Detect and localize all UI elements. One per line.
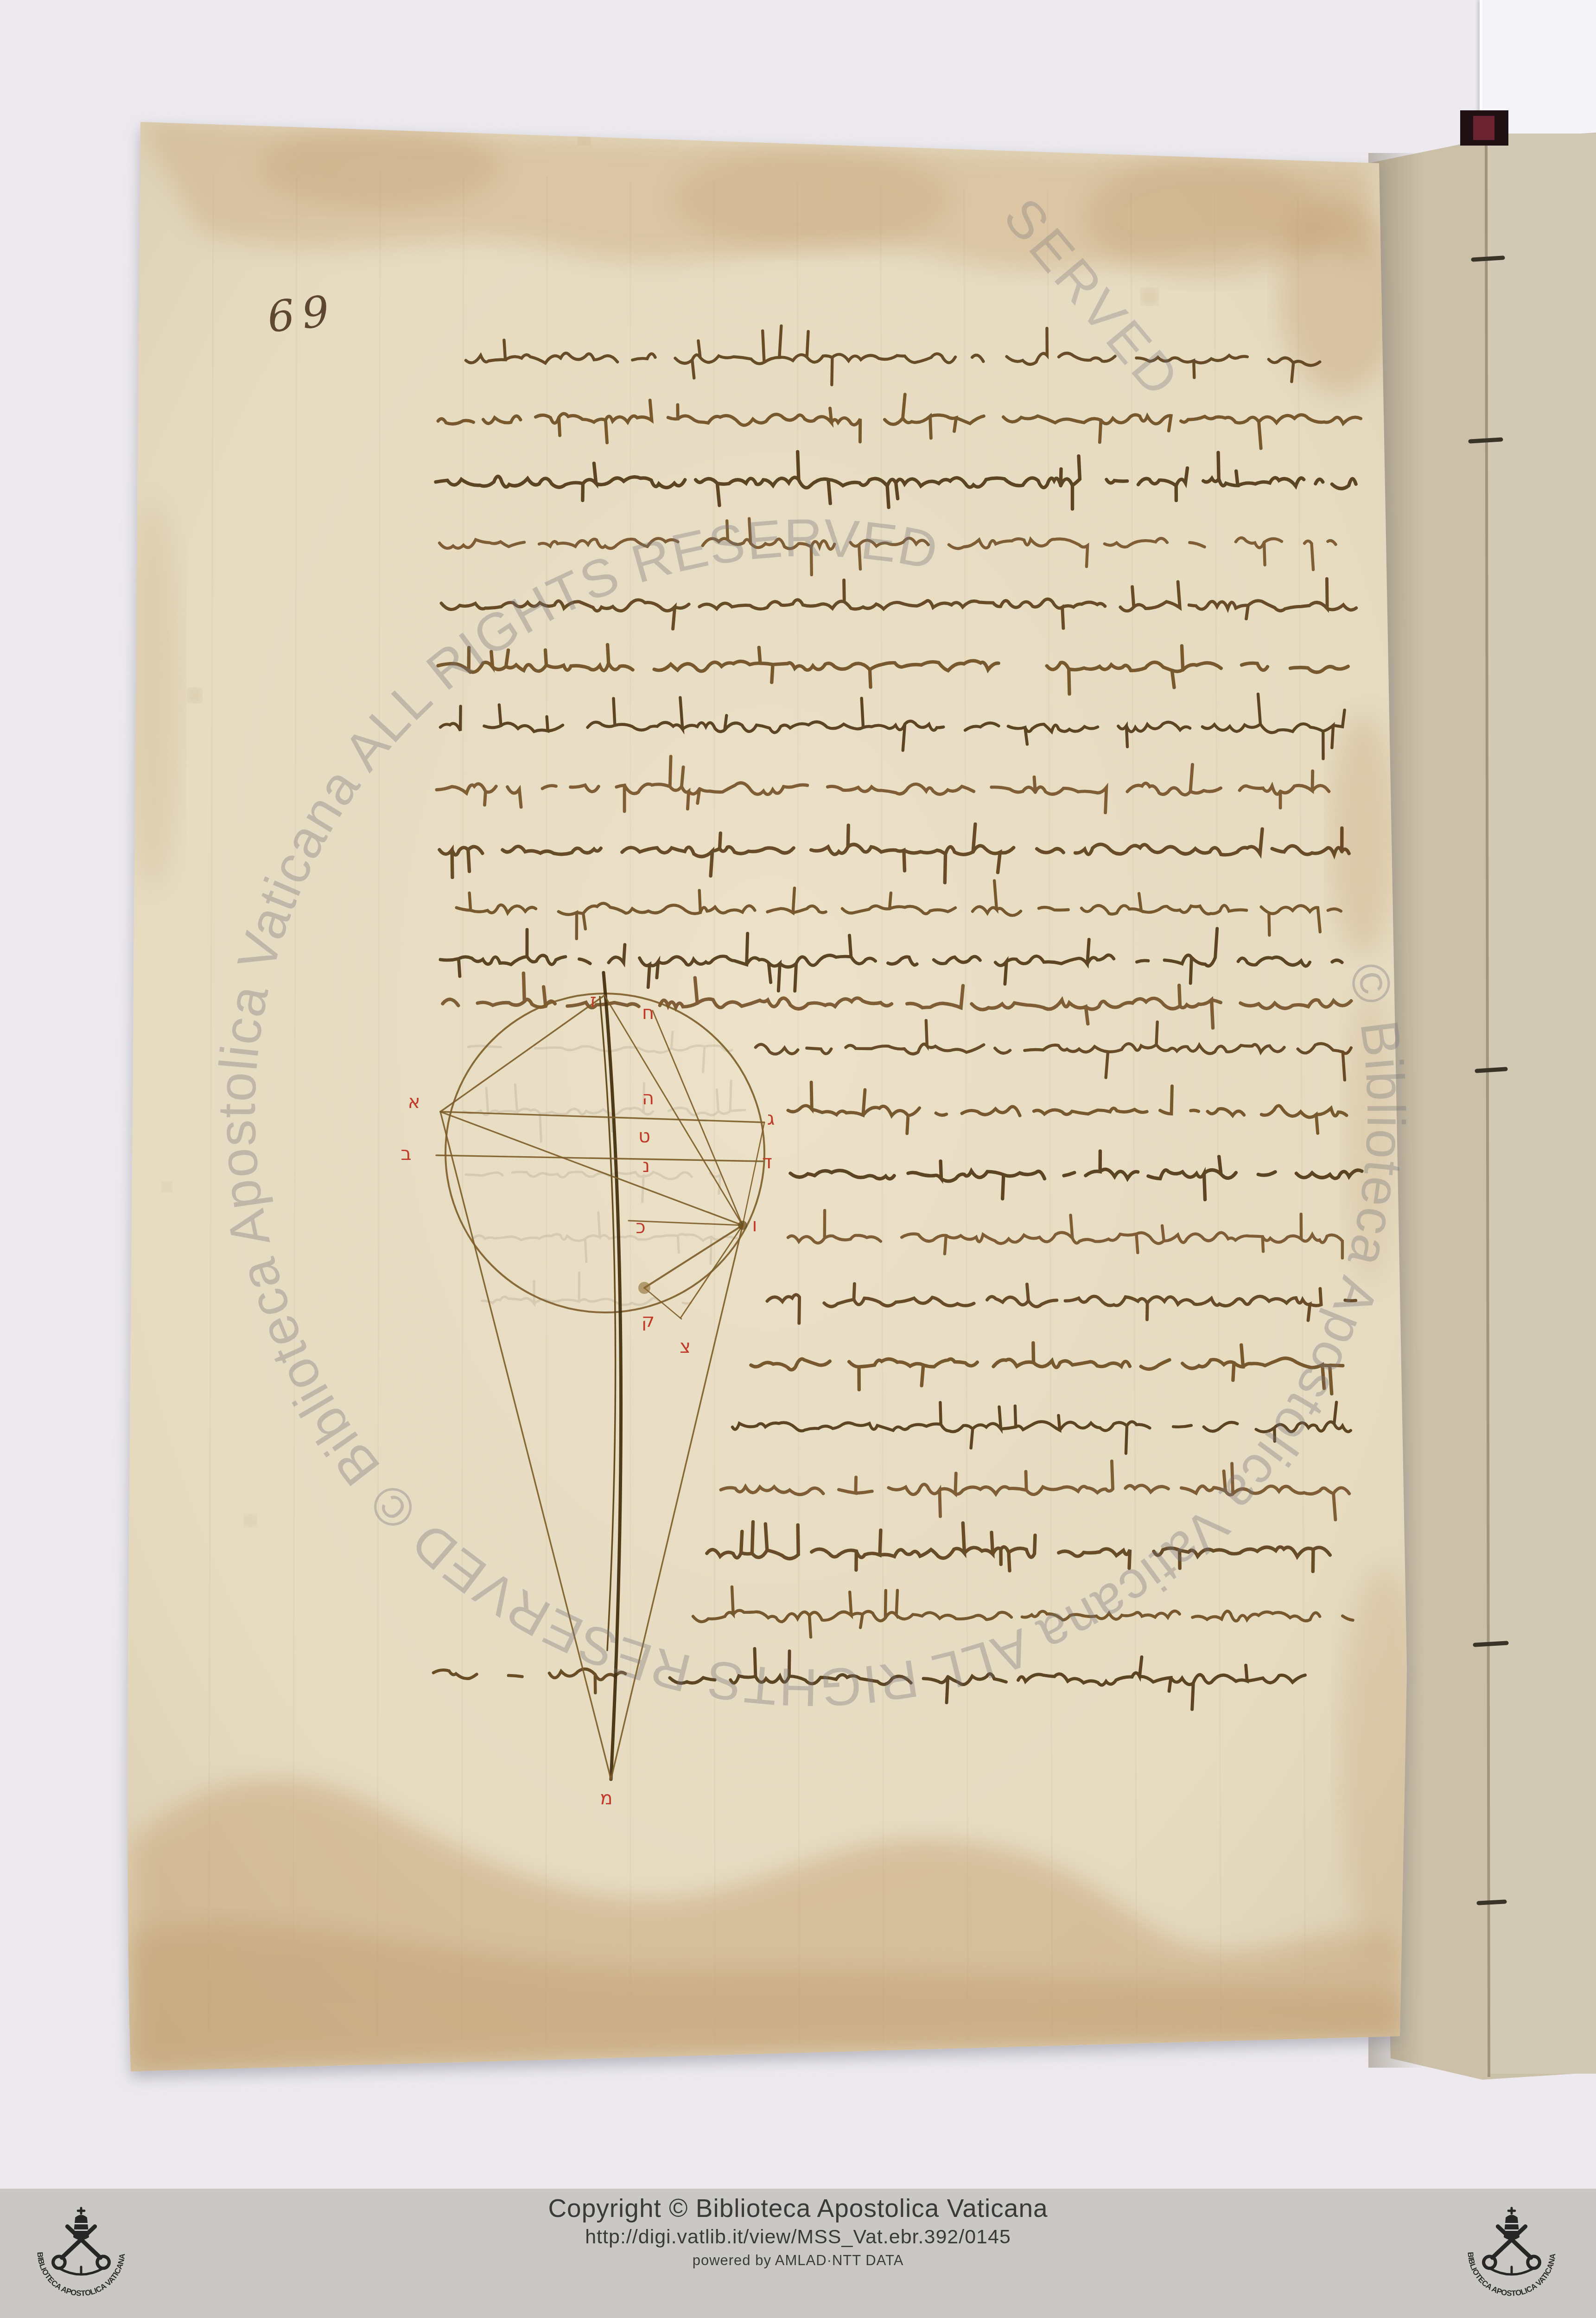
- footer-powered-by-line: powered by AMLAD·NTT DATA: [0, 2253, 1596, 2268]
- folio-number: 69: [265, 286, 339, 342]
- diagram-point-label: ז: [590, 990, 597, 1012]
- diagram-point-label: ח: [642, 1002, 654, 1024]
- vatican-emblem-icon: [1484, 2208, 1540, 2274]
- diagram-point-label: כ: [636, 1216, 645, 1238]
- footer-url-line: http://digi.vatlib.it/view/MSS_Vat.ebr.3…: [0, 2226, 1596, 2248]
- diagram-point-label: ד: [762, 1152, 772, 1173]
- scan-scene: 69 זחאבהטנגדוכקצמ © Biblioteca Apostolic…: [0, 0, 1596, 2318]
- diagram-point-label: ק: [642, 1310, 655, 1331]
- diagram-point-label: א: [408, 1091, 420, 1113]
- diagram-point-label: נ: [642, 1155, 650, 1177]
- diagram-point-label: ב: [401, 1143, 411, 1165]
- diagram-point-label: ה: [642, 1088, 654, 1109]
- vatican-emblem-icon: [53, 2208, 109, 2274]
- diagram-point-label: ט: [638, 1126, 650, 1147]
- binding-thread-red: [1473, 116, 1494, 140]
- vatican-library-logo-left: BIBLIOTECA APOSTOLICA VATICANA: [26, 2198, 136, 2308]
- diagram-ink-blot: [638, 1282, 650, 1294]
- diagram-point-label: צ: [680, 1336, 691, 1357]
- diagram-point-label: ו: [752, 1215, 757, 1236]
- diagram-point-label: ג: [767, 1108, 775, 1129]
- copyright-footer-bar: Copyright © Biblioteca Apostolica Vatica…: [0, 2189, 1596, 2318]
- vatican-library-logo-right: BIBLIOTECA APOSTOLICA VATICANA: [1456, 2198, 1567, 2308]
- scanned-page-view: 69 זחאבהטנגדוכקצמ © Biblioteca Apostolic…: [0, 0, 1596, 2318]
- manuscript-leaf: 69 זחאבהטנגדוכקצמ: [125, 116, 1428, 2077]
- diagram-junction-point: [738, 1221, 747, 1230]
- footer-copyright-line: Copyright © Biblioteca Apostolica Vatica…: [0, 2194, 1596, 2222]
- diagram-point-label: מ: [600, 1788, 612, 1809]
